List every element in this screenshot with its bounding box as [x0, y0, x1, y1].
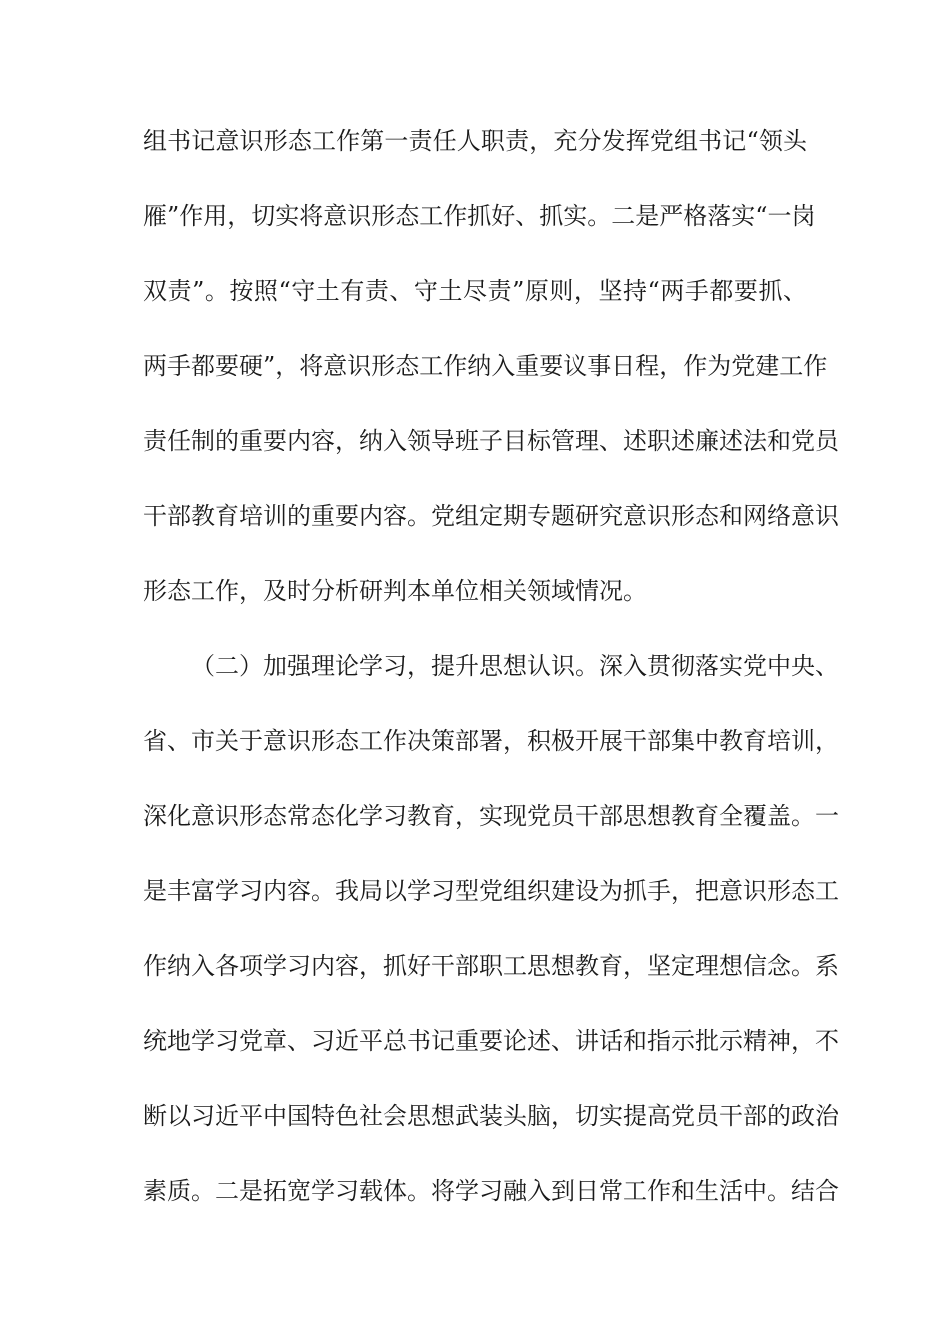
paragraph-line: 作纳入各项学习内容，抓好干部职工思想教育，坚定理想信念。系 — [143, 947, 807, 1022]
section-heading-line: （二）加强理论学习，提升思想认识。深入贯彻落实党中央、 — [143, 647, 807, 722]
paragraph-line: 双责”。按照“守土有责、守土尽责”原则，坚持“两手都要抓、 — [143, 272, 807, 347]
document-page: 组书记意识形态工作第一责任人职责，充分发挥党组书记“领头 雁”作用，切实将意识形… — [143, 122, 807, 1247]
paragraph-line: 深化意识形态常态化学习教育，实现党员干部思想教育全覆盖。一 — [143, 797, 807, 872]
paragraph-line: 是丰富学习内容。我局以学习型党组织建设为抓手，把意识形态工 — [143, 872, 807, 947]
paragraph-line: 统地学习党章、习近平总书记重要论述、讲话和指示批示精神，不 — [143, 1022, 807, 1097]
paragraph-line: 素质。二是拓宽学习载体。将学习融入到日常工作和生活中。结合 — [143, 1172, 807, 1247]
paragraph-line: 断以习近平中国特色社会思想武装头脑，切实提高党员干部的政治 — [143, 1097, 807, 1172]
paragraph-line: 组书记意识形态工作第一责任人职责，充分发挥党组书记“领头 — [143, 122, 807, 197]
paragraph-line: 两手都要硬”，将意识形态工作纳入重要议事日程，作为党建工作 — [143, 347, 807, 422]
paragraph-line: 责任制的重要内容，纳入领导班子目标管理、述职述廉述法和党员 — [143, 422, 807, 497]
paragraph-line: 雁”作用，切实将意识形态工作抓好、抓实。二是严格落实“一岗 — [143, 197, 807, 272]
paragraph-line: 干部教育培训的重要内容。党组定期专题研究意识形态和网络意识 — [143, 497, 807, 572]
paragraph-line: 形态工作，及时分析研判本单位相关领域情况。 — [143, 572, 807, 647]
paragraph-line: 省、市关于意识形态工作决策部署，积极开展干部集中教育培训， — [143, 722, 807, 797]
